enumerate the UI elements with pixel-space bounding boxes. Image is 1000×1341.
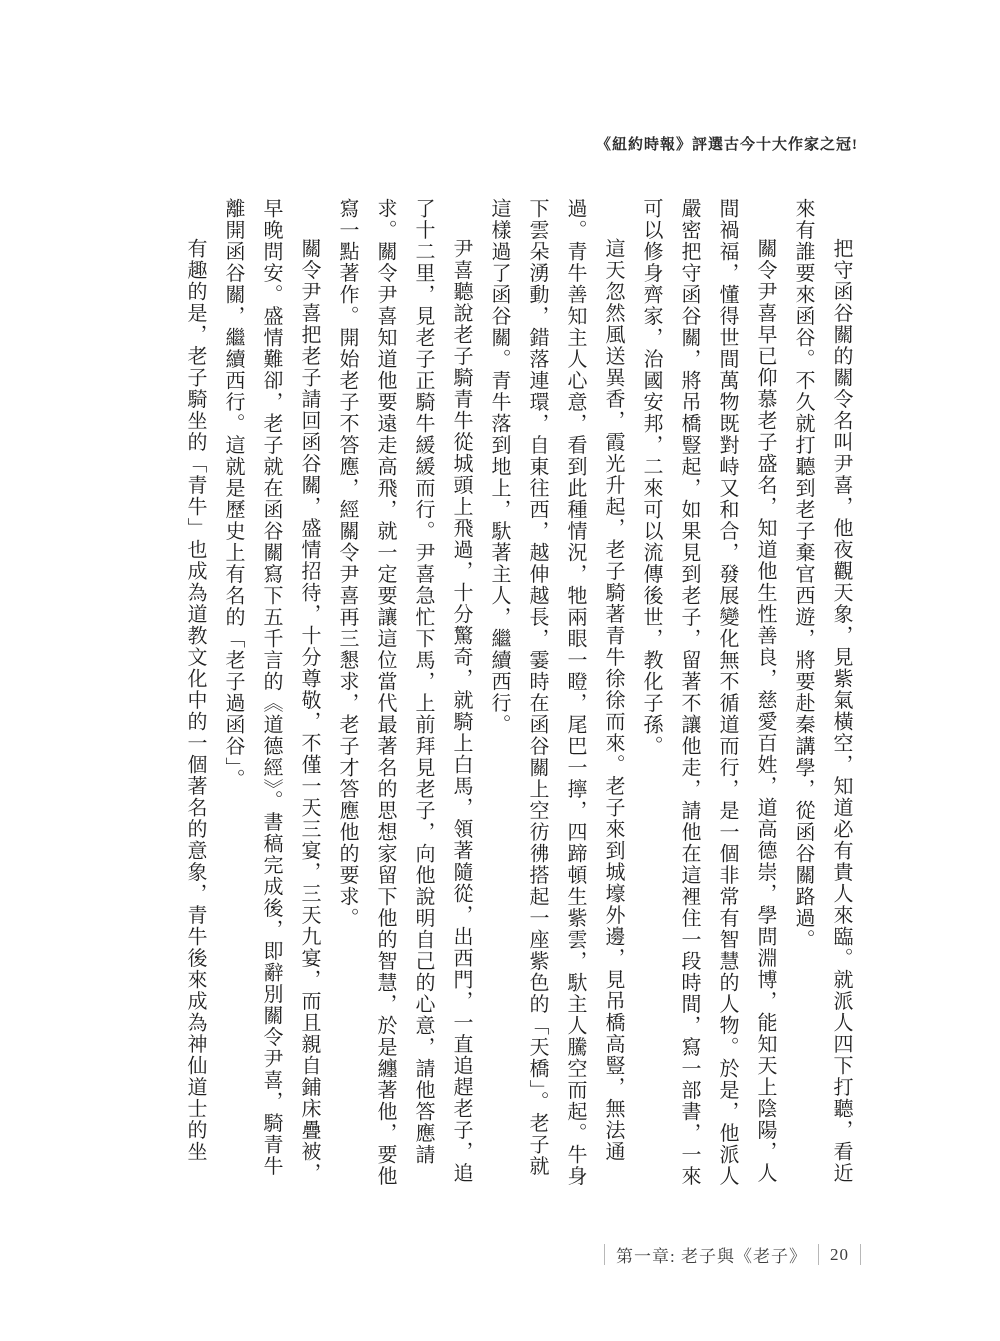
footer-divider — [604, 1244, 605, 1265]
footer-divider — [818, 1244, 819, 1265]
footer-divider — [860, 1244, 861, 1265]
footer-chapter-title: 第一章: 老子與《老子》 — [616, 1242, 807, 1267]
paragraph: 尹喜聽說老子騎青牛從城頭上飛過，十分驚奇，就騎上白馬，領著隨從，出西門，一直追趕… — [328, 198, 480, 1190]
header-banner: 《紐約時報》評選古今十大作家之冠! — [596, 133, 858, 154]
paragraph: 有趣的是，老子騎坐的「青牛」也成為道教文化中的一個著名的意象，青牛後來成為神仙道… — [176, 198, 214, 1190]
page-footer: 第一章: 老子與《老子》 20 — [593, 1242, 872, 1267]
main-text-block: 把守函谷關的關令名叫尹喜，他夜觀天象，見紫氣橫空，知道必有貴人來臨。就派人四下打… — [176, 198, 860, 1190]
paragraph: 這天忽然風送異香，霞光升起，老子騎著青牛徐徐而來。老子來到城壕外邊，見吊橋高豎，… — [480, 198, 632, 1190]
footer-page-number: 20 — [830, 1245, 849, 1265]
book-page: 《紐約時報》評選古今十大作家之冠! 把守函谷關的關令名叫尹喜，他夜觀天象，見紫氣… — [0, 0, 1000, 1341]
paragraph: 關令尹喜早已仰慕老子盛名，知道他生性善良，慈愛百姓，道高德崇，學問淵博，能知天上… — [632, 198, 784, 1190]
paragraph: 關令尹喜把老子請回函谷關，盛情招待，十分尊敬，不僅一天三宴，三天九宴，而且親自鋪… — [214, 198, 328, 1190]
paragraph: 把守函谷關的關令名叫尹喜，他夜觀天象，見紫氣橫空，知道必有貴人來臨。就派人四下打… — [784, 198, 860, 1190]
